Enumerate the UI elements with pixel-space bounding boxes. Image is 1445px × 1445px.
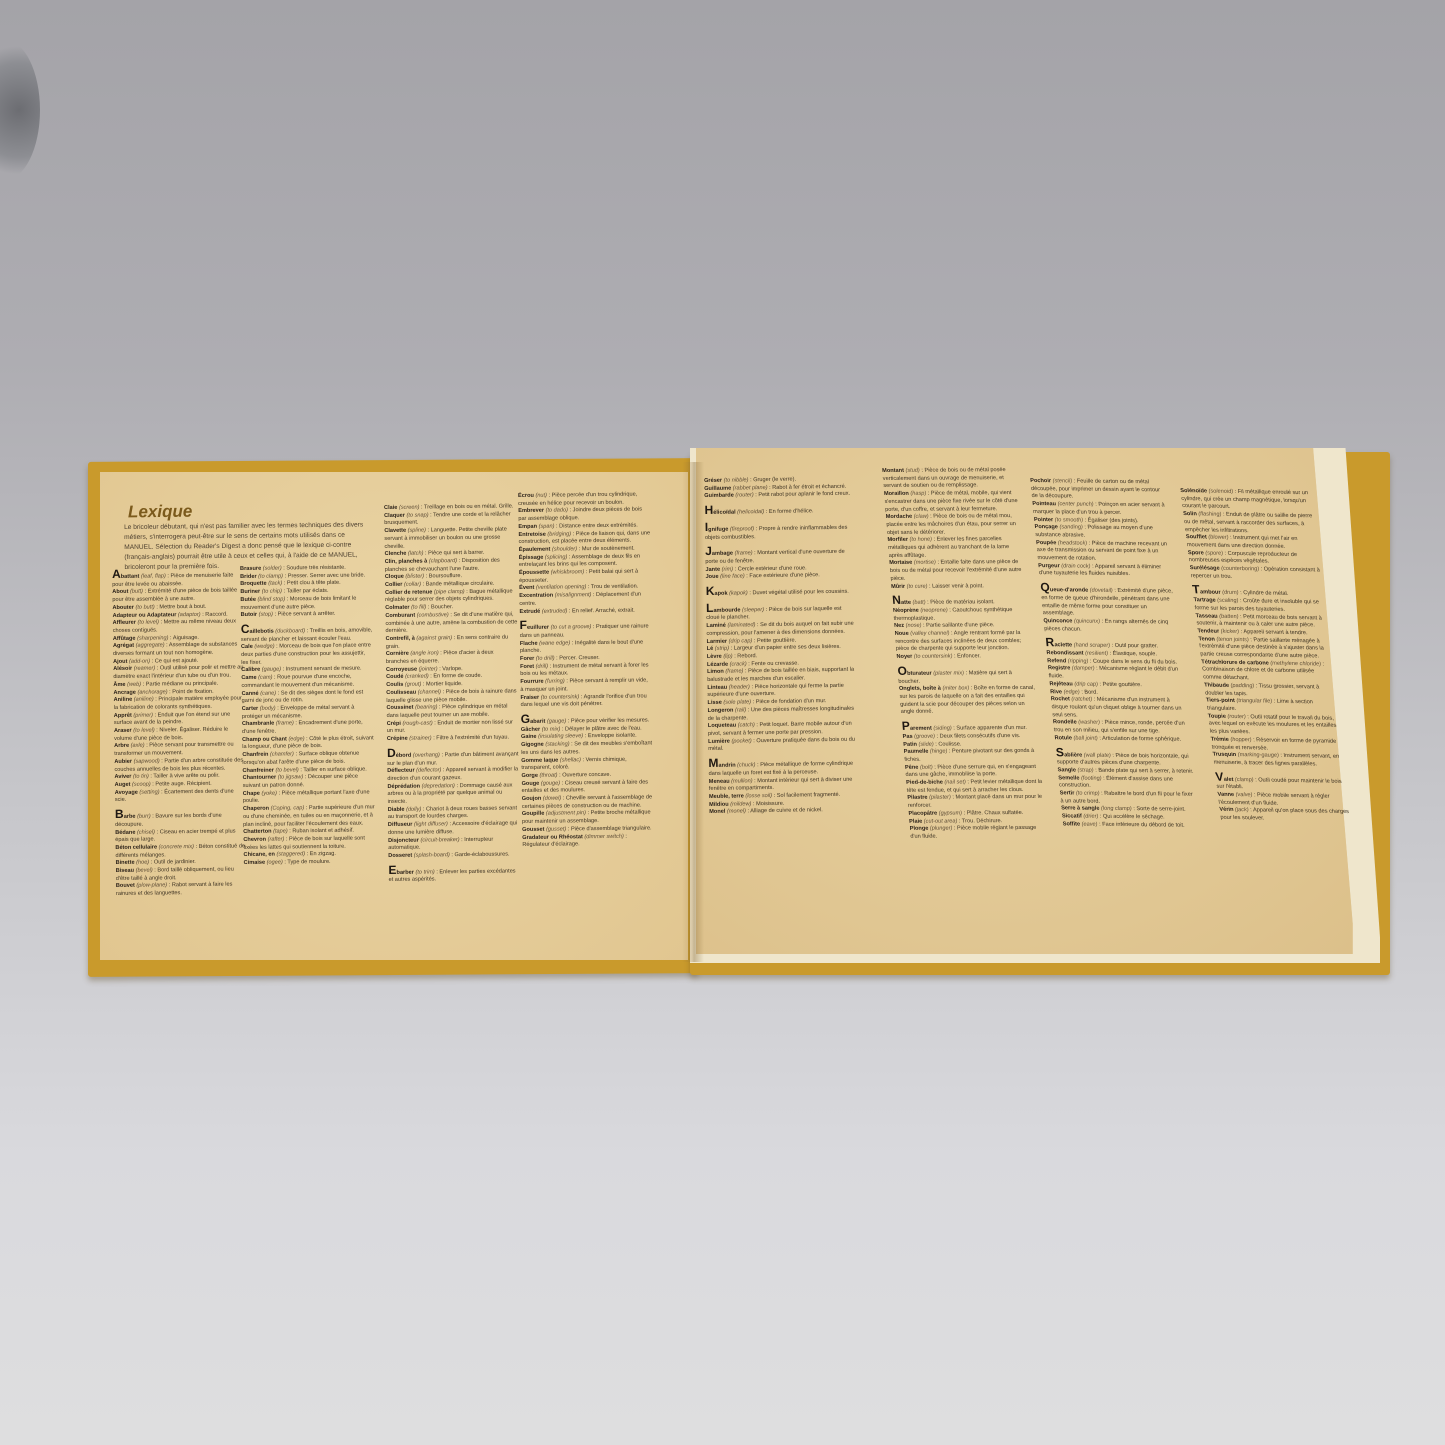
glossary-entry: Noue (valley channel) : Angle rentrant f… <box>895 630 1033 654</box>
entry-term: Queue-d'aronde <box>1040 587 1088 594</box>
entry-term: Coulisseau <box>386 689 416 695</box>
entry-term: Coulis <box>386 682 403 688</box>
entry-term: Ebarber <box>388 869 414 875</box>
entry-english: (splash-board) <box>412 852 451 858</box>
entry-english: (deflector) <box>415 768 443 774</box>
entry-term: Pointeau <box>1032 501 1056 507</box>
entry-term: Sangle <box>1057 767 1076 773</box>
glossary-entry: Purgeur (drain cock) : Appareil servant … <box>1038 563 1175 580</box>
entry-term: Patin <box>903 741 917 747</box>
glossary-entry: Apprêt (primer) : Enduit que l'on étend … <box>114 711 246 728</box>
entry-english: (nose) <box>904 623 923 629</box>
entry-term: Lambourde <box>706 607 740 614</box>
entry-english: (to level) <box>136 620 161 626</box>
glossary-entry: Affleurer (to level) : Mettre au même ni… <box>113 619 245 636</box>
entry-english: (to tin) <box>131 774 150 780</box>
entry-term: Vanne <box>1217 792 1234 798</box>
entry-english: (flashing) <box>1197 511 1224 517</box>
entry-english: (chamfer) <box>268 752 295 758</box>
glossary-entry: Cale (wedge) : Morceau de bois que l'on … <box>241 643 373 668</box>
glossary-entry: Plonge (plunger) : Pièce mobile réglant … <box>910 825 1047 841</box>
entry-english: (to cure) <box>905 583 929 589</box>
glossary-entry: Gradateur ou Rhéostat (dimmer switch) : … <box>522 833 654 850</box>
entry-english: (footing) <box>1079 775 1103 781</box>
entry-term: Carter <box>242 706 259 712</box>
entry-term: Plaie <box>909 818 923 824</box>
entry-english: (reamer) <box>132 666 157 672</box>
entry-english: (blister) <box>404 574 426 580</box>
glossary-entry: Fourrure (furring) : Pièce servant à rem… <box>520 678 652 695</box>
entry-english: (monel) <box>725 809 747 815</box>
glossary-entry: Cornière (angle iron) : Pièce d'acier à … <box>386 650 518 667</box>
glossary-entry: Noyer (to countersink) : Enfoncer. <box>896 653 1033 662</box>
entry-english: (rim) <box>720 566 735 572</box>
entry-english: (wane edge) <box>538 640 572 646</box>
glossary-entry: Clavette (spline) : Languette. Petite ch… <box>384 526 516 551</box>
entry-english: (throat) <box>538 772 559 778</box>
entry-english: (plaster mix) <box>932 670 966 676</box>
entry-english: (batten) <box>1217 613 1240 619</box>
entry-english: (angle iron) <box>409 651 440 657</box>
glossary-entry: Chape (yoke) : Pièce métallique portant … <box>243 789 375 806</box>
entry-term: Montant <box>882 468 904 474</box>
entry-term: Tétrachlorure de carbone <box>1201 659 1269 666</box>
entry-term: Entretoise <box>518 531 545 537</box>
entry-english: (chisel) <box>135 829 156 835</box>
entry-english: (batt) <box>911 600 928 606</box>
entry-term: Néoprène <box>893 608 919 614</box>
glossary-column-left-2: Brasure (solder) : Soudure très résistan… <box>240 564 376 867</box>
entry-english: (ripping) <box>1066 658 1090 664</box>
entry-term: Registre <box>1048 666 1071 672</box>
entry-term: Obturateur <box>898 671 932 677</box>
entry-term: Fourrure <box>520 679 543 685</box>
entry-english: (rafter) <box>266 836 286 842</box>
entry-english: (web) <box>125 681 142 687</box>
glossary-column-left-3: Claie (screen) : Treillage en bois ou en… <box>384 503 521 885</box>
entry-term: Quinconce <box>1043 618 1072 624</box>
entry-term: Pied-de-biche <box>906 780 943 786</box>
entry-english: (butt) <box>128 589 144 595</box>
entry-english: (grout) <box>403 682 423 688</box>
entry-english: (clamp) <box>1233 777 1256 783</box>
entry-english: (sanding) <box>1058 525 1085 531</box>
entry-english: (adaptor) <box>176 611 202 617</box>
entry-term: Nez <box>894 623 904 629</box>
entry-english: (strap) <box>1076 767 1096 773</box>
entry-english: (neoprene) <box>919 607 950 613</box>
entry-term: Toupie <box>1208 713 1227 719</box>
entry-term: Buriner <box>240 589 260 595</box>
entry-english: (ventilation opening) <box>534 585 588 592</box>
entry-english: (bevel) <box>134 868 154 874</box>
entry-english: (to jigsaw) <box>276 775 305 781</box>
entry-english: (mullion) <box>730 778 755 784</box>
entry-english: (bolt) <box>918 764 934 770</box>
entry-english: (fireproof) <box>728 526 755 532</box>
entry-term: Valet <box>1215 776 1233 782</box>
entry-term: Onglets, boîte à <box>899 686 941 692</box>
entry-english: (helicoidal) <box>736 509 766 515</box>
entry-english: (Coping, cap) <box>269 805 306 811</box>
entry-english: (gauge) <box>545 718 567 724</box>
entry-english: (drip cap) <box>1073 681 1100 687</box>
glossary-entry: Agrégat (aggregate) : Assemblage de subs… <box>113 642 245 659</box>
entry-term: Chicane, en <box>243 852 274 858</box>
entry-term: Chaperon <box>243 806 269 812</box>
entry-term: Arbre <box>114 743 129 749</box>
entry-english: (catch) <box>736 722 756 728</box>
glossary-entry: Soffite (eave) : Face inférieure du débo… <box>1062 821 1199 830</box>
entry-english: (stacking) <box>544 741 571 747</box>
entry-english: (damper) <box>1070 666 1096 672</box>
entry-english: (gusset) <box>544 826 567 832</box>
glossary-entry: Ponçage (sanding) : Polissage au moyen d… <box>1034 524 1171 541</box>
entry-term: Hélicoïdal <box>705 510 736 516</box>
glossary-entry: Hélicoïdal (helicoidal) : En forme d'hél… <box>704 504 854 518</box>
entry-term: Déflecteur <box>387 768 414 774</box>
entry-english: (crack) <box>728 661 748 667</box>
entry-term: Butoir <box>241 612 258 618</box>
entry-term: Kapok <box>706 591 728 597</box>
entry-english: (ratchet) <box>1070 697 1095 703</box>
glossary-entry: Gigogne (stacking) : Se dit des meubles … <box>521 740 653 757</box>
entry-term: Cimaise <box>244 860 266 866</box>
glossary-column-right-1: Gréser (to nibble) : Gruger (le verre).G… <box>704 476 859 817</box>
entry-english: (slide) <box>917 741 936 747</box>
entry-term: Refend <box>1047 658 1067 664</box>
glossary-entry: Parement (siding) : Surface apparente d'… <box>902 721 1039 734</box>
entry-term: Cale <box>241 644 253 650</box>
entry-term: Chambranle <box>242 721 274 727</box>
entry-term: Épaulement <box>519 547 551 553</box>
glossary-entry: Déprédation (depredation) : Dommage caus… <box>387 782 519 807</box>
entry-english: (claw) <box>912 514 930 520</box>
entry-term: Parement <box>902 726 932 732</box>
glossary-entry: Guimbarde (router) : Petit rabot pour ap… <box>704 491 854 501</box>
entry-term: Gâcher <box>521 726 540 732</box>
entry-term: Affûtage <box>113 635 136 641</box>
entry-english: (aniline) <box>132 697 155 703</box>
entry-english: (to fill) <box>409 605 427 611</box>
entry-term: Déprédation <box>387 783 420 789</box>
entry-english: (gypsum) <box>937 810 964 816</box>
entry-english: (insulating sleeve) <box>536 734 584 741</box>
entry-english: (cranked) <box>403 674 430 680</box>
entry-english: (depredation) <box>420 783 456 789</box>
entry-term: Mûrir <box>891 583 905 589</box>
glossary-entry: Semelle (footing) : Élément d'assise dan… <box>1058 775 1195 792</box>
glossary-entry: Rondelle (washer) : Pièce mince, ronde, … <box>1053 720 1190 737</box>
entry-term: Soffite <box>1062 821 1080 827</box>
entry-english: (to bevel) <box>274 767 301 773</box>
entry-english: (drill) <box>534 663 550 669</box>
entry-term: Lèvre <box>707 654 722 660</box>
entry-term: Rotule <box>1054 735 1072 741</box>
glossary-entry: Carter (body) : Enveloppe de métal serva… <box>242 704 374 721</box>
entry-term: Cloque <box>385 574 404 580</box>
entry-english: (gauge) <box>260 667 282 673</box>
glossary-entry: Mortaise (mortise) : Entaille faite dans… <box>889 559 1027 583</box>
glossary-column-right-2: Montant (stud) : Pièce de bois ou de mét… <box>882 467 1047 841</box>
entry-english: (padding) <box>1229 683 1256 689</box>
glossary-entry: Pas (groove) : Deux filets consécutifs d… <box>902 733 1039 742</box>
entry-english: (cam) <box>257 675 274 681</box>
entry-term: Limon <box>707 669 724 675</box>
entry-english: (hoe) <box>135 860 151 866</box>
entry-term: Spore <box>1188 550 1205 556</box>
entry-english: (tenon joints) <box>1215 636 1251 643</box>
entry-term: Empan <box>518 524 537 530</box>
entry-term: Auget <box>115 782 131 788</box>
entry-term: Thibaude <box>1204 682 1230 688</box>
entry-term: Meneau <box>709 778 730 784</box>
glossary-entry: Flache (wane edge) : Inégalité dans le b… <box>520 639 652 656</box>
entry-english: (gouge) <box>539 780 561 786</box>
glossary-entry: Extrudé (extruded) : En relief. Arraché,… <box>519 607 651 616</box>
entry-term: Ignifuge <box>705 526 729 532</box>
glossary-entry: Moraillon (hasp) : Pièce de métal, mobil… <box>884 490 1022 514</box>
glossary-entry: Crépi (rough-cast) : Enduit de mortier n… <box>387 719 519 736</box>
glossary-entry: Pêne (bolt) : Pièce d'une serrure qui, e… <box>905 764 1042 780</box>
entry-term: Corroyeuse <box>386 666 417 672</box>
entry-term: Rebondissant <box>1046 650 1084 656</box>
entry-english: (resilient) <box>1083 651 1110 657</box>
entry-english: (add-on) <box>127 658 151 664</box>
glossary-entry: Pied-de-biche (nail set) : Petit levier … <box>906 779 1043 795</box>
entry-term: Tasseau <box>1195 613 1218 619</box>
entry-term: Calibre <box>241 667 260 673</box>
entry-term: Goujon <box>522 796 542 802</box>
entry-english: (body) <box>258 706 277 712</box>
glossary-entry: Gomme laque (shellac) : Vernis chimique,… <box>521 756 653 773</box>
entry-term: Noue <box>895 631 909 637</box>
glossary-entry: Biseau (bevel) : Bord taillé obliquement… <box>116 866 248 883</box>
entry-english: (sapwood) <box>132 758 161 764</box>
glossary-entry: Goujon (dowel) : Cheville servant à l'as… <box>522 794 654 811</box>
entry-english: (valve) <box>1234 792 1255 798</box>
entry-term: Binette <box>116 860 135 866</box>
entry-term: Clavette <box>384 528 406 534</box>
entry-term: Purgeur <box>1038 563 1060 569</box>
entry-english: (sharpening) <box>135 635 170 641</box>
entry-term: Trusquin <box>1212 752 1236 758</box>
entry-term: Extrudé <box>519 608 540 614</box>
entry-english: (frame) <box>274 721 295 727</box>
entry-term: Poupée <box>1036 540 1057 546</box>
entry-term: Loqueteau <box>708 723 736 729</box>
entry-english: (tack) <box>267 581 284 587</box>
entry-term: Tenon <box>1198 636 1215 642</box>
entry-term: Came <box>241 675 256 681</box>
glossary-entry: Alésoir (reamer) : Outil utilisé pour po… <box>113 665 245 682</box>
entry-english: (drum) <box>1220 590 1240 596</box>
entry-term: Lisse <box>707 700 721 706</box>
glossary-entry: Canné (cane) : Se dit des sièges dont le… <box>242 689 374 706</box>
entry-english: (anchorage) <box>136 689 169 695</box>
entry-term: Barbe <box>115 814 136 820</box>
entry-english: (marking-gauge) <box>1236 752 1281 759</box>
entry-english: (dowel) <box>541 795 563 801</box>
entry-term: Alésoir <box>113 666 132 672</box>
entry-english: (to crimp) <box>1074 790 1101 796</box>
entry-term: Ponçage <box>1034 524 1058 530</box>
entry-term: Chanfreiner <box>242 767 273 773</box>
entry-english: (drain cock) <box>1059 563 1092 569</box>
glossary-entry: Foret (drill) : Instrument de métal serv… <box>520 662 652 679</box>
entry-term: Brasure <box>240 566 261 572</box>
entry-english: (nail set) <box>943 779 968 785</box>
entry-term: Jante <box>705 566 720 572</box>
glossary-entry: Kapok (kapok) : Duvet végétal utilisé po… <box>706 585 856 599</box>
entry-english: (lip) <box>722 654 735 660</box>
glossary-entry: Pointeau (center punch) : Poinçon en aci… <box>1032 501 1169 518</box>
entry-term: Tambour <box>1192 590 1221 597</box>
entry-english: (pocket) <box>730 738 753 744</box>
entry-english: (stencil) <box>1051 478 1074 484</box>
entry-english: (whiskbroom) <box>549 569 586 575</box>
entry-english: (cut-out area) <box>922 818 959 824</box>
entry-term: Rive <box>1050 689 1062 695</box>
entry-term: Sertir <box>1060 790 1075 796</box>
entry-term: Solin <box>1183 511 1197 517</box>
glossary-entry: Obturateur (plaster mix) : Matière qui s… <box>897 666 1034 686</box>
entry-term: Avoyage <box>115 789 138 795</box>
entry-english: (headstock) <box>1056 540 1089 546</box>
entry-term: Chevron <box>243 837 266 843</box>
entry-english: (drier) <box>1082 814 1101 820</box>
entry-english: (scoop) <box>130 782 152 788</box>
entry-term: Noyer <box>896 654 912 660</box>
entry-english: (solenoid) <box>1207 488 1235 494</box>
entry-term: Pilastre <box>907 795 928 801</box>
entry-english: (to dado) <box>544 508 570 514</box>
entry-english: (to countersink) <box>539 694 581 701</box>
entry-term: Mandrin <box>708 763 735 769</box>
entry-english: (quincunx) <box>1072 618 1102 624</box>
entry-english: (chuck) <box>736 762 758 768</box>
entry-english: (clapboard) <box>427 558 458 564</box>
glossary-entry: Clin, planches à (clapboard) : Dispositi… <box>385 557 517 574</box>
entry-term: Gorge <box>521 773 538 779</box>
glossary-entry: Avoyage (setting) : Écartement des dents… <box>115 788 247 805</box>
glossary-entry: Natte (batt) : Pièce de matériau isolant… <box>892 595 1029 608</box>
glossary-entry: Champ ou Chant (edge) : Côté le plus étr… <box>242 735 374 752</box>
entry-english: (valley channel) <box>909 631 952 637</box>
entry-term: Caillebotis <box>241 629 274 635</box>
glossary-entry: Mandrin (chuck) : Pièce métallique de fo… <box>708 757 858 779</box>
entry-term: Rochet <box>1051 697 1071 703</box>
entry-english: (jack) <box>1233 807 1251 813</box>
entry-term: Gouge <box>522 780 540 786</box>
entry-english: (to nibble) <box>722 477 750 483</box>
glossary-entry: Abattant (leaf, flap) : Pièce de menuise… <box>112 568 244 589</box>
entry-term: Semelle <box>1058 775 1080 781</box>
glossary-entry: Sertir (to crimp) : Rabattre le bord d'u… <box>1060 790 1197 807</box>
entry-term: Solénoïde <box>1180 488 1207 494</box>
entry-english: (shoulder) <box>550 546 578 552</box>
entry-english: (wedge) <box>253 644 276 650</box>
entry-term: Pas <box>902 734 912 740</box>
entry-term: Joue <box>706 574 719 580</box>
entry-term: Clin, planches à <box>385 558 428 565</box>
glossary-entry: Néoprène (neoprene) : Caoutchouc synthét… <box>893 607 1030 623</box>
entry-term: Feuillurer <box>520 625 549 631</box>
entry-term: Siccatif <box>1062 813 1082 819</box>
glossary-entry: Lambourde (sleeper) : Pièce de bois sur … <box>706 601 856 623</box>
entry-term: Champ ou Chant <box>242 736 287 743</box>
entry-term: Colmater <box>385 605 409 611</box>
entry-term: Mortaise <box>889 560 912 566</box>
entry-term: Ajout <box>113 659 127 665</box>
entry-english: (setting) <box>138 789 161 795</box>
entry-term: Abattant <box>112 574 139 580</box>
entry-term: Bouvet <box>116 883 135 889</box>
glossary-entry: Feuillurer (to cut a groove) : Pratiquer… <box>520 620 652 641</box>
entry-term: Gaine <box>521 734 537 740</box>
entry-term: Linteau <box>707 684 727 690</box>
glossary-entry: Arbre (axle) : Pièce servant pour transm… <box>114 742 246 759</box>
glossary-entry: Laminé (laminated) : Se dit du bois auqu… <box>706 621 856 639</box>
entry-english: (latch) <box>406 551 425 557</box>
entry-term: Biseau <box>116 868 134 874</box>
entry-term: Brider <box>240 574 257 580</box>
entry-term: Vérin <box>1219 807 1234 813</box>
entry-term: Longeron <box>708 707 734 713</box>
entry-term: Laminé <box>706 623 726 629</box>
entry-term: Chape <box>243 790 260 796</box>
entry-english: (to countersink) <box>912 654 954 660</box>
entry-term: Moraillon <box>884 491 909 497</box>
glossary-entry: Tenon (tenon joints) : Partie saillante … <box>1198 636 1331 661</box>
glossary-entry: Vérin (jack) : Appareil qu'on place sous… <box>1219 807 1351 825</box>
glossary-entry: Joue (line face) : Face extérieure d'une… <box>706 572 856 582</box>
entry-term: Trémie <box>1210 736 1229 742</box>
glossary-entry: Valet (clamp) : Outil coudé pour mainten… <box>1215 772 1347 794</box>
book-gutter <box>682 462 704 962</box>
glossary-entry: Gouge (gouge) : Ciseau creusé servant à … <box>522 779 654 796</box>
entry-term: Broquette <box>240 581 266 587</box>
entry-english: (misalignment) <box>553 592 593 598</box>
entry-term: Tendeur <box>1197 628 1219 634</box>
entry-term: Adapteur ou Adaptateur <box>113 612 177 619</box>
glossary-entry: Jambage (frame) : Montant vertical d'une… <box>705 545 855 567</box>
entry-term: Flache <box>520 640 538 646</box>
glossary-entry: Barbe (burr) : Bavure sur les bords d'un… <box>115 808 247 829</box>
glossary-entry: Rochet (ratchet) : Mécanisme d'un instru… <box>1051 697 1189 722</box>
glossary-column-left-1: Abattant (leaf, flap) : Pièce de menuise… <box>112 568 248 898</box>
glossary-entry: Rotule (ball joint) : Articulation de fo… <box>1054 735 1191 744</box>
entry-english: (mortise) <box>912 560 938 566</box>
entry-english: (strip) <box>713 646 730 652</box>
entry-term: Comburant <box>385 612 415 618</box>
entry-english: (header) <box>727 684 751 690</box>
glossary-entry: Goupille (adjustment pin) : Petite broch… <box>522 810 654 827</box>
glossary-entry: Bouvet (plow-plane) : Rabot servant à fa… <box>116 882 248 899</box>
entry-term: About <box>112 589 128 595</box>
entry-english: (adjustment pin) <box>544 811 587 818</box>
entry-english: (burr) <box>135 814 152 820</box>
glossary-entry: Chaperon (Coping, cap) : Partie supérieu… <box>243 804 375 829</box>
entry-term: Débord <box>387 752 411 758</box>
entry-english: (laminated) <box>726 622 757 628</box>
glossary-entry: Pilastre (pilaster) : Montant placé dans… <box>907 794 1044 810</box>
entry-english: (dolly) <box>404 806 422 812</box>
entry-english: (aggregate) <box>134 643 166 649</box>
glossary-entry: Came (cam) : Roue pourvue d'une encoche,… <box>241 674 373 691</box>
glossary-entry: About (butt) : Extrémité d'une pièce de … <box>112 588 244 605</box>
glossary-entry: Diffuseur (light diffuser) : Accessoire … <box>388 820 520 837</box>
